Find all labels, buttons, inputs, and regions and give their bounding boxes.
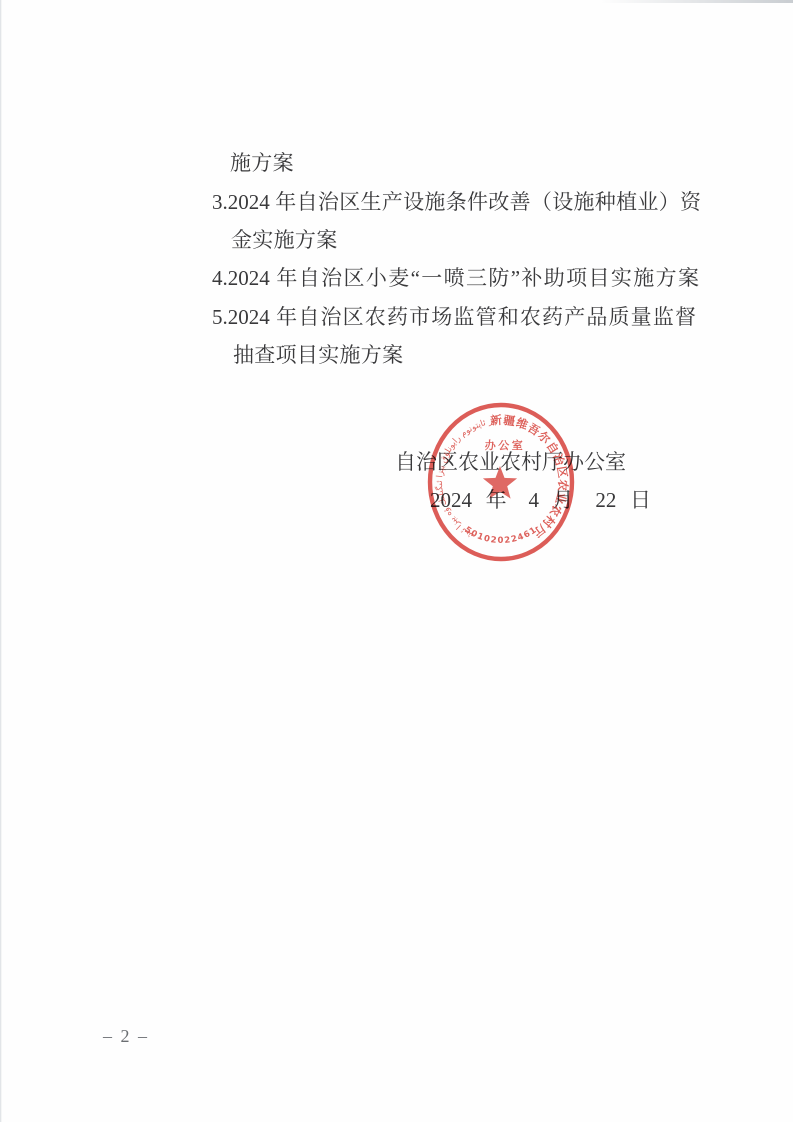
- seal-star-icon: [483, 466, 517, 499]
- body-text-line: 3.2024 年自治区生产设施条件改善（设施种植业）资: [212, 188, 701, 216]
- body-text-line: 金实施方案: [231, 226, 338, 254]
- body-text-line: 抽查项目实施方案: [233, 341, 403, 369]
- document-page: 施方案 3.2024 年自治区生产设施条件改善（设施种植业）资 金实施方案 4.…: [0, 0, 793, 1122]
- scan-edge-artifact: [0, 0, 2, 1122]
- seal-inner-text: 办公室: [485, 438, 526, 452]
- page-number: – 2 –: [103, 1026, 149, 1047]
- official-seal: 新疆维吾尔自治区农业农村厅 شىنجاڭ ئۇيغۇر ئاپتونوم راي…: [423, 398, 583, 566]
- body-text-line: 4.2024 年自治区小麦“一喷三防”补助项目实施方案: [212, 264, 699, 292]
- body-text-line: 施方案: [230, 149, 294, 177]
- body-text-line: 5.2024 年自治区农药市场监管和农药产品质量监督: [212, 303, 696, 331]
- scan-edge-artifact: [600, 0, 793, 3]
